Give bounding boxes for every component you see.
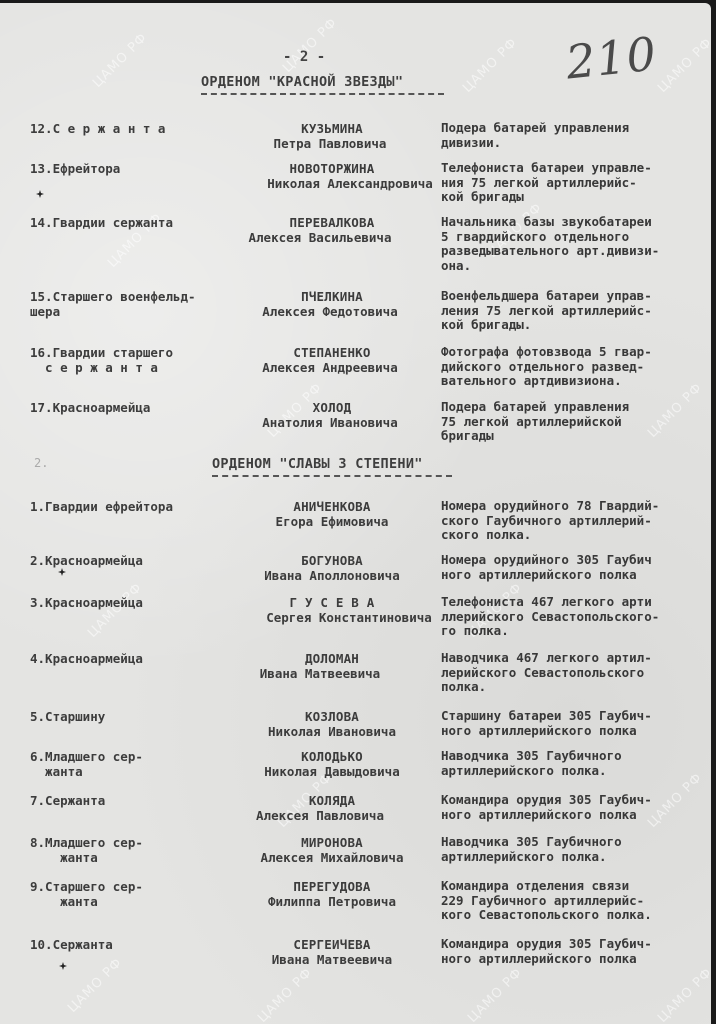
recipient-position: Командира отделения связи 229 Гаубичного… xyxy=(441,879,711,923)
watermark: ЦАМО РФ xyxy=(460,35,521,96)
entry-number-and-rank: 13.Ефрейтора xyxy=(30,161,220,176)
recipient-surname: ПЕРЕВАЛКОВА xyxy=(232,215,432,230)
recipient-given-name: Егора Ефимовича xyxy=(222,514,442,529)
entry-number-and-rank: 17.Красноармейца xyxy=(30,400,220,415)
entry-number-and-rank: 7.Сержанта xyxy=(30,793,220,808)
recipient-surname: МИРОНОВА xyxy=(232,835,432,850)
punch-hole-mark xyxy=(55,565,69,579)
recipient-position: Номера орудийного 305 Гаубич ного артилл… xyxy=(441,553,711,582)
recipient-surname: СТЕПАНЕНКО xyxy=(232,345,432,360)
recipient-given-name: Николая Александровича xyxy=(240,176,460,191)
page-number: - 2 - xyxy=(283,49,325,65)
recipient-given-name: Ивана Матвеевича xyxy=(210,666,430,681)
recipient-given-name: Алексея Федотовича xyxy=(220,304,440,319)
recipient-surname: КУЗЬМИНА xyxy=(232,121,432,136)
watermark: ЦАМО РФ xyxy=(655,35,711,96)
recipient-position: Наводчика 305 Гаубичного артиллерийского… xyxy=(441,835,711,864)
recipient-position: Начальника базы звукобатареи 5 гвардийск… xyxy=(441,215,711,273)
recipient-given-name: Алексея Васильевича xyxy=(210,230,430,245)
recipient-given-name: Алексея Андреевича xyxy=(220,360,440,375)
recipient-position: Наводчика 305 Гаубичного артиллерийского… xyxy=(441,749,711,778)
recipient-surname: Г У С Е В А xyxy=(232,595,432,610)
recipient-surname: ПЧЕЛКИНА xyxy=(232,289,432,304)
punch-hole-mark xyxy=(56,959,70,973)
entry-number-and-rank: 3.Красноармейца xyxy=(30,595,220,610)
recipient-given-name: Алексея Павловича xyxy=(210,808,430,823)
watermark: ЦАМО РФ xyxy=(280,15,341,76)
recipient-surname: ХОЛОД xyxy=(232,400,432,415)
recipient-surname: КОЛЯДА xyxy=(232,793,432,808)
entry-number-and-rank: 5.Старшину xyxy=(30,709,220,724)
recipient-given-name: Ивана Аполлоновича xyxy=(222,568,442,583)
section-heading-glory-3rd-class: ОРДЕНОМ "СЛАВЫ 3 СТЕПЕНИ" xyxy=(212,456,423,472)
heading-underline xyxy=(201,91,444,95)
recipient-position: Телефониста батареи управле- ния 75 легк… xyxy=(441,161,711,205)
entry-number-and-rank: 9.Старшего сер- жанта xyxy=(30,879,220,909)
recipient-given-name: Николая Давыдовича xyxy=(222,764,442,779)
recipient-surname: КОЛОДЬКО xyxy=(232,749,432,764)
recipient-position: Старшину батареи 305 Гаубич- ного артилл… xyxy=(441,709,711,738)
recipient-position: Командира орудия 305 Гаубич- ного артилл… xyxy=(441,793,711,822)
entry-number-and-rank: 14.Гвардии сержанта xyxy=(30,215,220,230)
watermark: ЦАМО РФ xyxy=(85,580,146,641)
recipient-surname: БОГУНОВА xyxy=(232,553,432,568)
watermark: ЦАМО РФ xyxy=(255,965,316,1024)
entry-number-and-rank: 10.Сержанта xyxy=(30,937,220,952)
recipient-surname: НОВОТОРЖИНА xyxy=(232,161,432,176)
section-heading-red-star: ОРДЕНОМ "КРАСНОЙ ЗВЕЗДЫ" xyxy=(201,74,403,90)
recipient-position: Подера батарей управления 75 легкой арти… xyxy=(441,400,711,444)
entry-number-and-rank: 4.Красноармейца xyxy=(30,651,220,666)
document-page: ЦАМО РФ ЦАМО РФ ЦАМО РФ ЦАМО РФ ЦАМО РФ … xyxy=(0,3,711,1024)
recipient-position: Телефониста 467 легкого арти ллерийского… xyxy=(441,595,711,639)
punch-hole-mark xyxy=(33,187,47,201)
entry-number-and-rank: 16.Гвардии старшего с е р ж а н т а xyxy=(30,345,220,375)
recipient-surname: АНИЧЕНКОВА xyxy=(232,499,432,514)
recipient-position: Номера орудийного 78 Гвардий- ского Гауб… xyxy=(441,499,711,543)
recipient-given-name: Анатолия Ивановича xyxy=(220,415,440,430)
entry-number-and-rank: 6.Младшего сер- жанта xyxy=(30,749,220,779)
recipient-surname: СЕРГЕИЧЕВА xyxy=(232,937,432,952)
watermark: ЦАМО РФ xyxy=(90,30,151,91)
recipient-given-name: Сергея Константиновича xyxy=(239,610,459,625)
recipient-given-name: Николая Ивановича xyxy=(222,724,442,739)
recipient-surname: КОЗЛОВА xyxy=(232,709,432,724)
recipient-position: Фотографа фотовзвода 5 гвар- дийского от… xyxy=(441,345,711,389)
recipient-position: Подера батарей управления дивизии. xyxy=(441,121,711,150)
section-number: 2. xyxy=(34,456,48,470)
recipient-given-name: Алексея Михайловича xyxy=(222,850,442,865)
recipient-surname: ДОЛОМАН xyxy=(232,651,432,666)
entry-number-and-rank: 1.Гвардии ефрейтора xyxy=(30,499,220,514)
recipient-position: Наводчика 467 легкого артил- лерийского … xyxy=(441,651,711,695)
watermark: ЦАМО РФ xyxy=(655,965,711,1024)
recipient-position: Военфельдшера батареи управ- ления 75 ле… xyxy=(441,289,711,333)
watermark: ЦАМО РФ xyxy=(465,965,526,1024)
recipient-given-name: Петра Павловича xyxy=(220,136,440,151)
entry-number-and-rank: 12.С е р ж а н т а xyxy=(30,121,220,136)
watermark: ЦАМО РФ xyxy=(65,955,126,1016)
entry-number-and-rank: 8.Младшего сер- жанта xyxy=(30,835,220,865)
heading-underline xyxy=(212,473,452,477)
recipient-given-name: Филиппа Петровича xyxy=(222,894,442,909)
handwritten-archive-number: 210 xyxy=(563,26,659,89)
recipient-given-name: Ивана Матвеевича xyxy=(222,952,442,967)
entry-number-and-rank: 15.Старшего военфельд- шера xyxy=(30,289,220,319)
recipient-surname: ПЕРЕГУДОВА xyxy=(232,879,432,894)
recipient-position: Командира орудия 305 Гаубич- ного артилл… xyxy=(441,937,711,966)
